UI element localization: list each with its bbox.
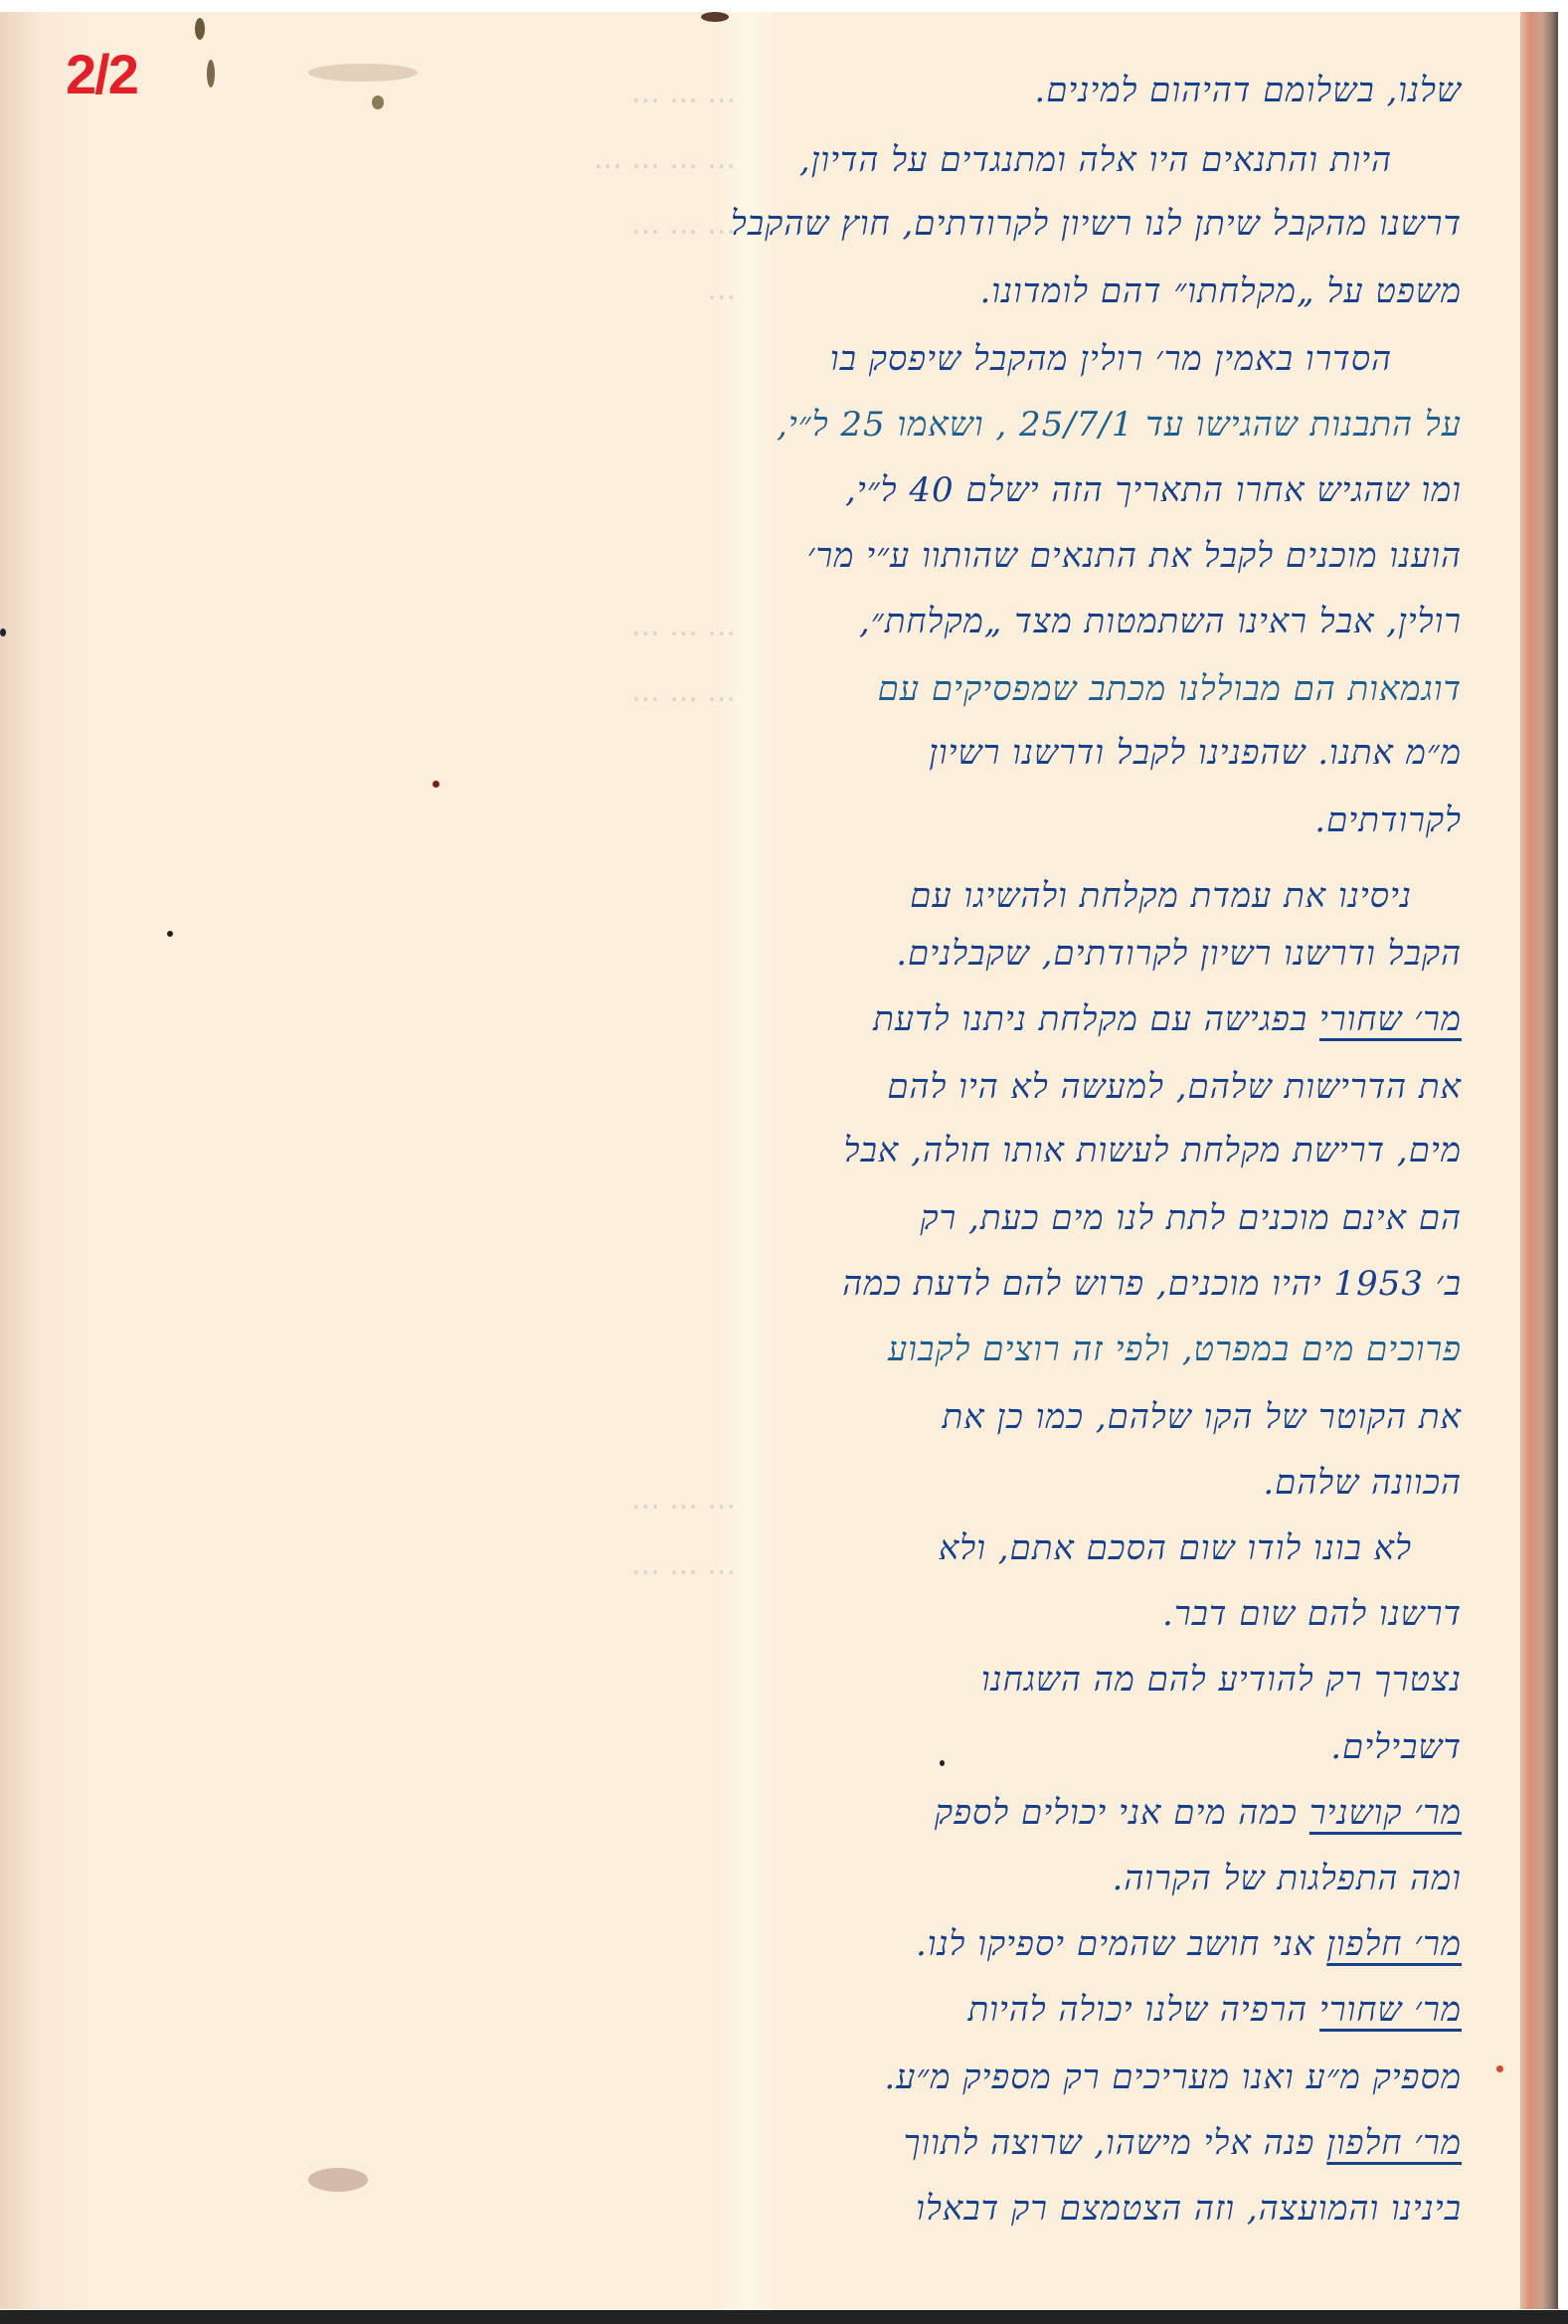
speaker-name: מר׳ חלפון [1326,1924,1462,1964]
text-line: הסדרו באמין מר׳ רולין מהקבל שיפסק בו [830,342,1392,376]
text-line: הקבל ודרשנו רשיון לקרודתים, שקבלנים. [896,937,1462,971]
speck [433,781,439,788]
text-line: הוענו מוכנים לקבל את התנאים שהותוו ע״י מ… [807,539,1462,573]
text-line: ומה התפלגות של הקרוה. [1113,1862,1462,1895]
speaker-remark: כמה מים אני יכולים לספק [935,1793,1298,1833]
speaker-remark: פנה אלי מישהו, שרוצה לתווך [904,2123,1315,2163]
speaker-name: מר׳ חלפון [1326,2123,1462,2163]
text-line: שלנו, בשלומם דהיהום למינים. [1034,74,1462,107]
ghost-line: ... [60,272,736,307]
ink-stain [701,12,729,22]
ghost-line: ... ... ... [60,1482,736,1517]
text-line: לא בונו לודו שום הסכם אתם, ולא [939,1531,1412,1565]
red-ink-dot [1496,2065,1503,2072]
page-edge [1520,12,1558,2309]
text-line: מ״מ אתנו. שהפנינו לקבל ודרשנו רשיון [929,736,1462,770]
text-line: הם אינם מוכנים לתת לנו מים כעת, רק [920,1201,1462,1235]
speaker-name: מר׳ שחורי [1319,1990,1462,2030]
speaker-remark: אני חושב שהמים יספיקו לנו. [916,1924,1315,1964]
ghost-line: ... ... ... [60,674,736,709]
speaker-line: מר׳ חלפון אני חושב שהמים יספיקו לנו. [916,1927,1462,1961]
text-line: פרוכים מים במפרט, ולפי זה רוצים לקבוע [888,1333,1462,1366]
text-line: את הקוטר של הקו שלהם, כמו כן את [943,1400,1462,1434]
speck [0,628,6,636]
text-line: מספיק מ״ע ואנו מעריכים רק מספיק מ״ע. [884,2060,1462,2094]
speaker-line: מר׳ שחורי בפגישה עם מקלחת ניתנו לדעת [873,1002,1462,1036]
text-line: דרשנו להם שום דבר. [1162,1597,1462,1631]
text-line: בינינו והמועצה, וזה הצטמצם רק דבאלו [916,2192,1462,2226]
text-line: הכוונה שלהם. [1263,1466,1462,1500]
text-line: דוגמאות הם מבוללנו מכתב שמפסיקים עם [878,672,1462,706]
notebook-page-scan: 2/2 ... ... ... ... ... ... ... ... ... … [0,12,1558,2309]
ghost-line: ... ... ... [60,609,736,643]
ghost-line: ... ... ... [60,76,736,110]
speaker-remark: בפגישה עם מקלחת ניתנו לדעת [873,999,1307,1039]
speck [940,1760,945,1766]
text-line: רולין, אבל ראינו השתמטות מצד „מקלחת״, [859,605,1462,638]
stamp-smudge [308,2168,368,2192]
speaker-remark: הרפיה שלנו יכולה להיות [967,1990,1307,2030]
ghost-line: ... ... ... ... [60,141,736,176]
speaker-name: מר׳ שחורי [1319,999,1462,1039]
speaker-line: מר׳ חלפון פנה אלי מישהו, שרוצה לתווך [904,2126,1462,2160]
text-line: על התבנות שהגישו עד 25/7/1 , ושאמו 25 ל״… [777,408,1462,442]
text-line: ב׳ 1953 יהיו מוכנים, פרוש להם לדעת כמה [842,1267,1462,1301]
ink-stain [195,18,205,40]
text-line: דרשנו מהקבל שיתן לנו רשיון לקרודתים, חוץ… [731,207,1462,241]
text-line: ניסינו את עמדת מקלחת ולהשיגו עם [910,879,1412,913]
text-line: היות והתנאים היו אלה ומתנגדים על הדיון, [799,143,1392,177]
text-line: ומו שהגיש אחרו התאריך הזה ישלם 40 ל״י, [845,473,1462,507]
speaker-line: מר׳ שחורי הרפיה שלנו יכולה להיות [967,1993,1462,2027]
speck [167,931,173,937]
ghost-line: ... ... ... [60,207,736,242]
text-line: את הדרישות שלהם, למעשה לא היו להם [887,1070,1462,1104]
text-line: דשבילים. [1330,1730,1462,1764]
speaker-line: מר׳ קושניר כמה מים אני יכולים לספק [935,1796,1462,1830]
text-line: משפט על „מקלחתו״ דהם לומדונו. [979,274,1462,308]
text-line: נצטרך רק להודיע להם מה השגחנו [981,1663,1462,1697]
scan-bottom-edge [0,2310,1568,2324]
text-line: לקרודתים. [1314,804,1462,837]
text-line: מים, דרישת מקלחת לעשות אותו חולה, אבל [844,1134,1462,1167]
speaker-name: מר׳ קושניר [1309,1793,1462,1833]
ghost-line: ... ... ... [60,1547,736,1582]
